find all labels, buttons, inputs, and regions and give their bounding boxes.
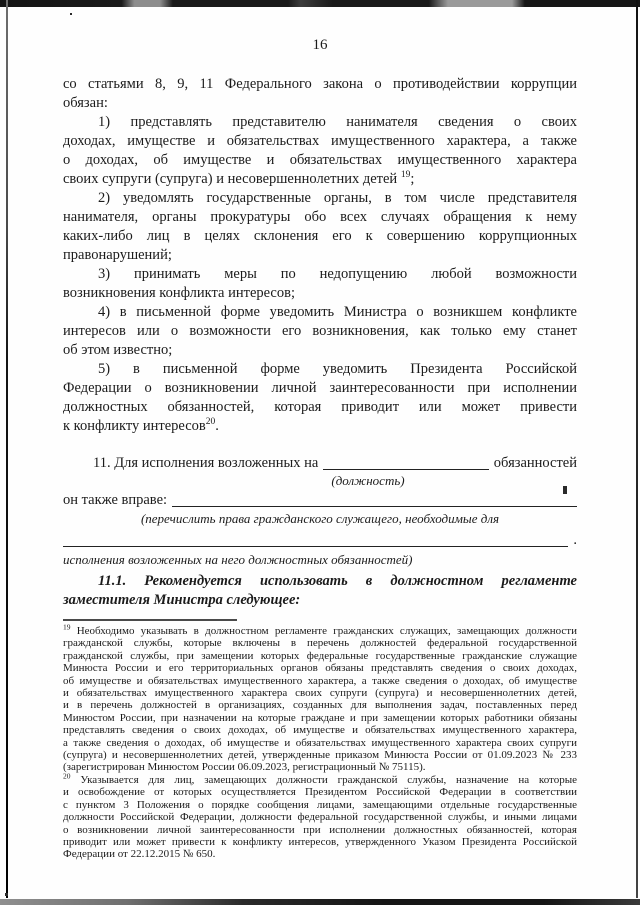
text-line: со статьями 8, 9, 11 Федерального закона… [63, 75, 577, 94]
page-number: 16 [63, 36, 577, 55]
text-line: (супруга) и несовершеннолетних детей, ут… [63, 749, 577, 761]
footnote-marker: 19 [63, 622, 71, 631]
text-line: Федерации от 22.12.2015 № 650. [63, 848, 577, 860]
document-page: 16 со статьями 8, 9, 11 Федерального зак… [0, 0, 640, 905]
form-line-position: 11. Для исполнения возложенных на обязан… [63, 454, 577, 473]
text-line: заместителя Министра следующее: [63, 591, 577, 610]
blank-line [63, 545, 568, 547]
scan-border-right [636, 0, 638, 898]
text-line: обязан: [63, 94, 577, 113]
form-line-rights: он также вправе: [63, 491, 577, 510]
footnote-reference: 20 [206, 417, 216, 427]
scan-border-top [0, 0, 640, 7]
form-section: 11. Для исполнения возложенных на обязан… [63, 454, 577, 568]
text-line: интересов или о возможности его возникно… [63, 322, 577, 341]
text-line: 3) принимать меры по недопущению любой в… [63, 265, 577, 284]
scan-speck [5, 893, 8, 896]
recommendation-text: 11.1. Рекомендуется использовать в должн… [63, 572, 577, 610]
text-line: 11.1. Рекомендуется использовать в должн… [63, 572, 577, 591]
form-line-continuation: . [63, 531, 577, 550]
text-line: об этом известно; [63, 341, 577, 360]
text-line: правонарушений; [63, 246, 577, 265]
scan-border-bottom [0, 899, 640, 905]
body-text: со статьями 8, 9, 11 Федерального закона… [63, 75, 577, 436]
blank-line [172, 505, 577, 507]
text-line: 20 Указывается для лиц, замещающих должн… [63, 774, 577, 786]
text-line: 19 Необходимо указывать в должностном ре… [63, 625, 577, 637]
text-line: и в перечень должностей в организациях, … [63, 699, 577, 711]
scan-border-left [6, 0, 8, 898]
text-line: должности Российской Федерации, должност… [63, 811, 577, 823]
text-line: с пунктом 3 Положения о порядке сообщени… [63, 799, 577, 811]
form-line-position-pre: 11. Для исполнения возложенных на [93, 454, 318, 473]
text-line: о возникновении личной заинтересованност… [63, 824, 577, 836]
page-content: 16 со статьями 8, 9, 11 Федерального зак… [63, 7, 577, 861]
footnote-reference: 19 [401, 170, 411, 180]
footnote-marker: 20 [63, 771, 71, 780]
text-line: должностных обязанностей, которая привод… [63, 398, 577, 417]
text-line: нанимателя, органы прокуратуры обо всех … [63, 208, 577, 227]
footnote-separator [63, 619, 237, 621]
text-line: а также сведения о доходах, об имуществе… [63, 737, 577, 749]
text-line: каких-либо лиц в целях склонения его к с… [63, 227, 577, 246]
continuation-caption: исполнения возложенных на него должностн… [63, 551, 577, 568]
footnotes: 19 Необходимо указывать в должностном ре… [63, 625, 577, 861]
text-line: к конфликту интересов20. [63, 417, 577, 436]
text-line: возникновения конфликта интересов; [63, 284, 577, 303]
rights-caption: (перечислить права гражданского служащег… [63, 511, 577, 527]
text-line: приводит или может привести к конфликту … [63, 836, 577, 848]
text-line: Минюста России и его территориальных орг… [63, 662, 577, 674]
text-line: 2) уведомлять государственные органы, в … [63, 189, 577, 208]
text-line: Минюстом России, при назначении на котор… [63, 712, 577, 724]
text-line: о доходах, об имуществе и обязательствах… [63, 151, 577, 170]
position-caption: (должность) [63, 473, 443, 489]
text-line: своих супруги (супруга) и несовершенноле… [63, 170, 577, 189]
text-line: 5) в письменной форме уведомить Президен… [63, 360, 577, 379]
text-line: представлять сведения о своих доходах, о… [63, 724, 577, 736]
text-line: и освобождение от которых осуществляется… [63, 786, 577, 798]
text-line: (зарегистрирован Минюстом России 06.09.2… [63, 761, 577, 773]
text-line: об имуществе и обязательствах имуществен… [63, 675, 577, 687]
form-line-position-post: обязанностей [494, 454, 577, 473]
text-line: доходах, имуществе и обязательствах имущ… [63, 132, 577, 151]
text-line: Федерации о возникновении личной заинтер… [63, 379, 577, 398]
text-line: гражданской службы, которые включены в п… [63, 637, 577, 649]
text-line: 4) в письменной форме уведомить Министра… [63, 303, 577, 322]
blank-line [323, 468, 488, 470]
text-line: и обязательствах имущественного характер… [63, 687, 577, 699]
form-line-period: . [573, 531, 577, 550]
form-line-rights-pre: он также вправе: [63, 491, 167, 510]
text-line: гражданской службы, при замещении которы… [63, 650, 577, 662]
text-line: 1) представлять представителю нанимателя… [63, 113, 577, 132]
